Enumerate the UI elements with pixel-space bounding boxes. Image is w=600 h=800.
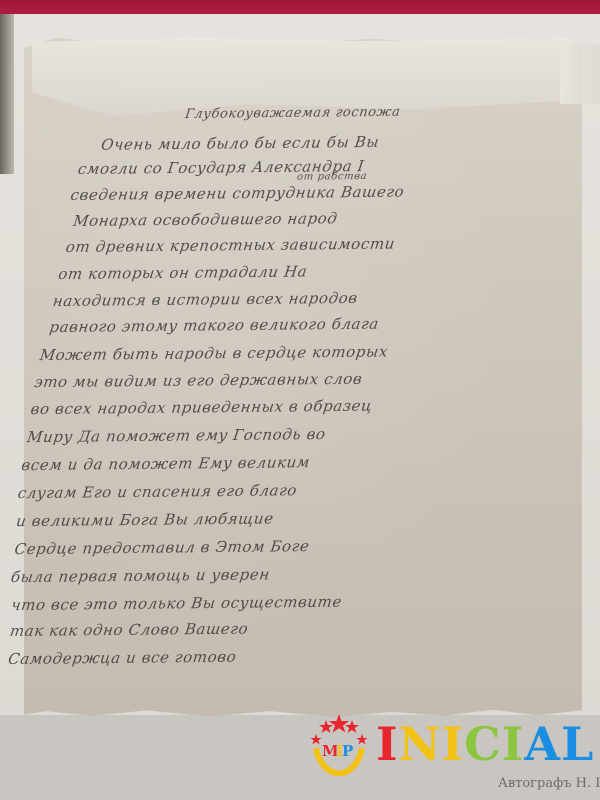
interlinear-note: от рабства [296,171,368,183]
svg-text:P: P [342,742,353,760]
handwritten-line: Сердце предоставил в Этом Боге [13,537,310,558]
brand-letter: I [442,717,465,771]
brand-letter: N [399,717,442,771]
handwritten-line: во всех народах приведенных в образец [30,397,374,419]
handwritten-line: от древних крепостных зависимости [65,235,397,256]
handwritten-line: находится в истории всех народов [52,289,359,310]
handwritten-line: Очень мило было бы если бы Вы [100,133,380,154]
brand-letter: C [464,717,502,771]
handwritten-line: Миру Да поможет ему Господь во [26,425,327,446]
brand-letter: I [376,717,399,771]
handwritten-line: что все это только Вы осуществите [10,593,343,614]
mount-shadow [0,14,14,174]
handwritten-line: сведения времени сотрудника Вашего [70,183,406,204]
handwritten-line: и великими Бога Вы любящие [15,509,275,530]
photo-scene: Глубокоуважаемая госпожа Очень мило было… [0,0,600,800]
handwritten-line: равного этому такого великого блага [48,315,380,336]
paper-hinge-tape [32,38,572,116]
paper-hinge-tape-right [560,44,600,104]
handwritten-line: Самодержца и все готово [7,648,237,668]
brand-letter: L [561,717,594,771]
handwritten-line: Может быть народы в сердце которых [39,342,390,364]
brand-letter: I [502,717,525,771]
handwritten-line: слугам Его и спасения его благо [17,481,299,502]
handwritten-line: так как одно Слово Вашего [9,620,250,640]
inicial-brand-text: INICIAL [376,721,594,767]
letter-salutation: Глубокоуважаемая госпожа [184,105,401,122]
inicial-watermark: M I P INICIAL [306,712,596,776]
brand-letter: A [524,717,561,771]
handwritten-line: всем и да поможет Ему великим [20,453,311,474]
handwritten-line: от которых он страдали На [57,262,308,283]
handwritten-line: Монарха освободившего народ [72,209,339,230]
handwritten-line: это мы видим из его державных слов [33,370,363,391]
printed-caption: Автографъ Н. I [498,776,600,791]
mip-emblem-icon: M I P [306,712,372,776]
handwritten-line: была первая помощь и уверен [10,565,271,586]
